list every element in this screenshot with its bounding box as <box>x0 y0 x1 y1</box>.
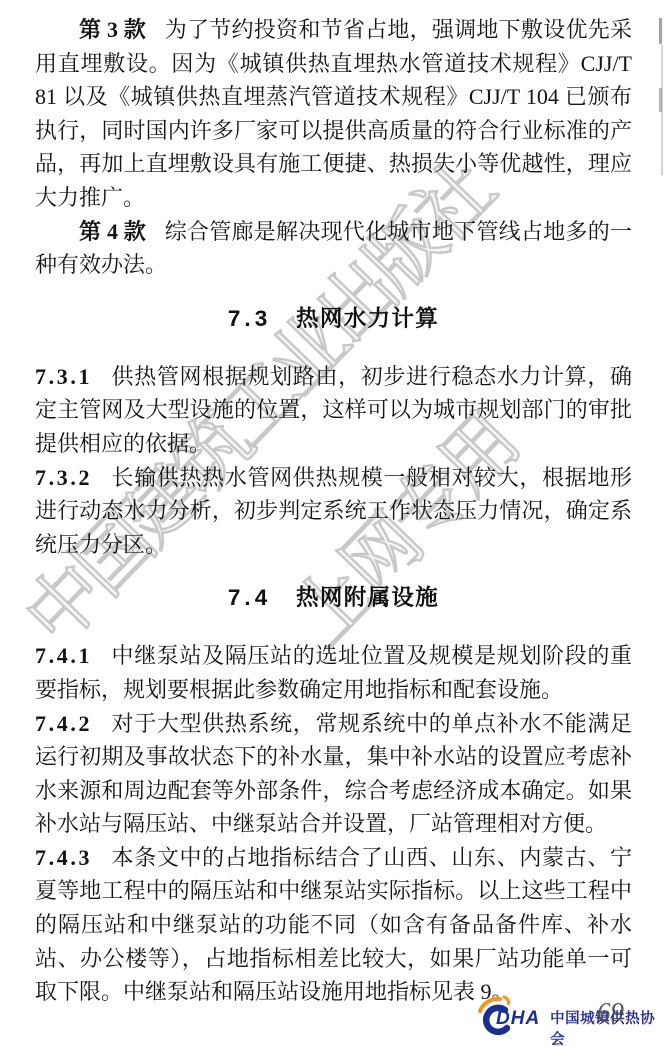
item-7-4-1-text: 中继泵站及隔压站的选址位置及规模是规划阶段的重要指标，规划要根据此参数确定用地指… <box>35 643 632 702</box>
dha-association-name: 中国城镇供热协会 <box>550 1007 665 1047</box>
item-7-3-1-label: 7.3.1 <box>35 364 92 389</box>
paragraph-clause-3: 第 3 款为了节约投资和节省占地，强调地下敷设优先采用直埋敷设。因为《城镇供热直… <box>35 13 632 215</box>
dha-abbr-text: DHA <box>496 1008 540 1030</box>
section-7-4-number: 7.4 <box>228 585 271 610</box>
clause-4-label: 第 4 款 <box>79 219 146 244</box>
clause-3-text: 为了节约投资和节省占地，强调地下敷设优先采用直埋敷设。因为《城镇供热直埋热水管道… <box>35 17 632 210</box>
paragraph-7-3-2: 7.3.2长输供热热水管网供热规模一般相对较大，根据地形进行动态水力分析，初步判… <box>35 461 632 562</box>
item-7-3-2-text: 长输供热热水管网供热规模一般相对较大，根据地形进行动态水力分析，初步判定系统工作… <box>35 465 632 557</box>
paragraph-7-3-1: 7.3.1供热管网根据规划路由，初步进行稳态水力计算，确定主管网及大型设施的位置… <box>35 360 632 461</box>
scan-artifact-tick-top <box>659 18 662 44</box>
document-content: 第 3 款为了节约投资和节省占地，强调地下敷设优先采用直埋敷设。因为《城镇供热直… <box>0 0 665 1009</box>
item-7-4-3-label: 7.4.3 <box>35 845 92 870</box>
item-7-4-1-label: 7.4.1 <box>35 643 92 668</box>
section-heading-7-3: 7.3热网水力计算 <box>35 304 632 334</box>
section-7-4-title: 热网附属设施 <box>296 585 439 610</box>
item-7-4-2-label: 7.4.2 <box>35 711 92 736</box>
item-7-4-2-text: 对于大型供热系统，常规系统中的单点补水不能满足运行初期及事故状态下的补水量，集中… <box>35 711 632 837</box>
paragraph-7-4-1: 7.4.1中继泵站及隔压站的选址位置及规模是规划阶段的重要指标，规划要根据此参数… <box>35 639 632 706</box>
paragraph-clause-4: 第 4 款综合管廊是解决现代化城市地下管线占地多的一种有效办法。 <box>35 215 632 282</box>
section-7-3-number: 7.3 <box>228 306 271 331</box>
item-7-3-1-text: 供热管网根据规划路由，初步进行稳态水力计算，确定主管网及大型设施的位置，这样可以… <box>35 364 632 456</box>
paragraph-7-4-2: 7.4.2对于大型供热系统，常规系统中的单点补水不能满足运行初期及事故状态下的补… <box>35 707 632 841</box>
item-7-3-2-label: 7.3.2 <box>35 465 92 490</box>
section-7-3-title: 热网水力计算 <box>296 306 439 331</box>
section-heading-7-4: 7.4热网附属设施 <box>35 583 632 613</box>
scan-artifact-tick-mid <box>659 88 662 112</box>
item-7-4-3-text: 本条文中的占地指标结合了山西、山东、内蒙古、宁夏等地工程中的隔压站和中继泵站实际… <box>35 845 632 1004</box>
document-page: 中国建筑工业出版社 上网专用 第 3 款为了节约投资和节省占地，强调地下敷设优先… <box>0 0 665 1047</box>
paragraph-7-4-3: 7.4.3本条文中的占地指标结合了山西、山东、内蒙古、宁夏等地工程中的隔压站和中… <box>35 841 632 1009</box>
clause-3-label: 第 3 款 <box>79 17 146 42</box>
